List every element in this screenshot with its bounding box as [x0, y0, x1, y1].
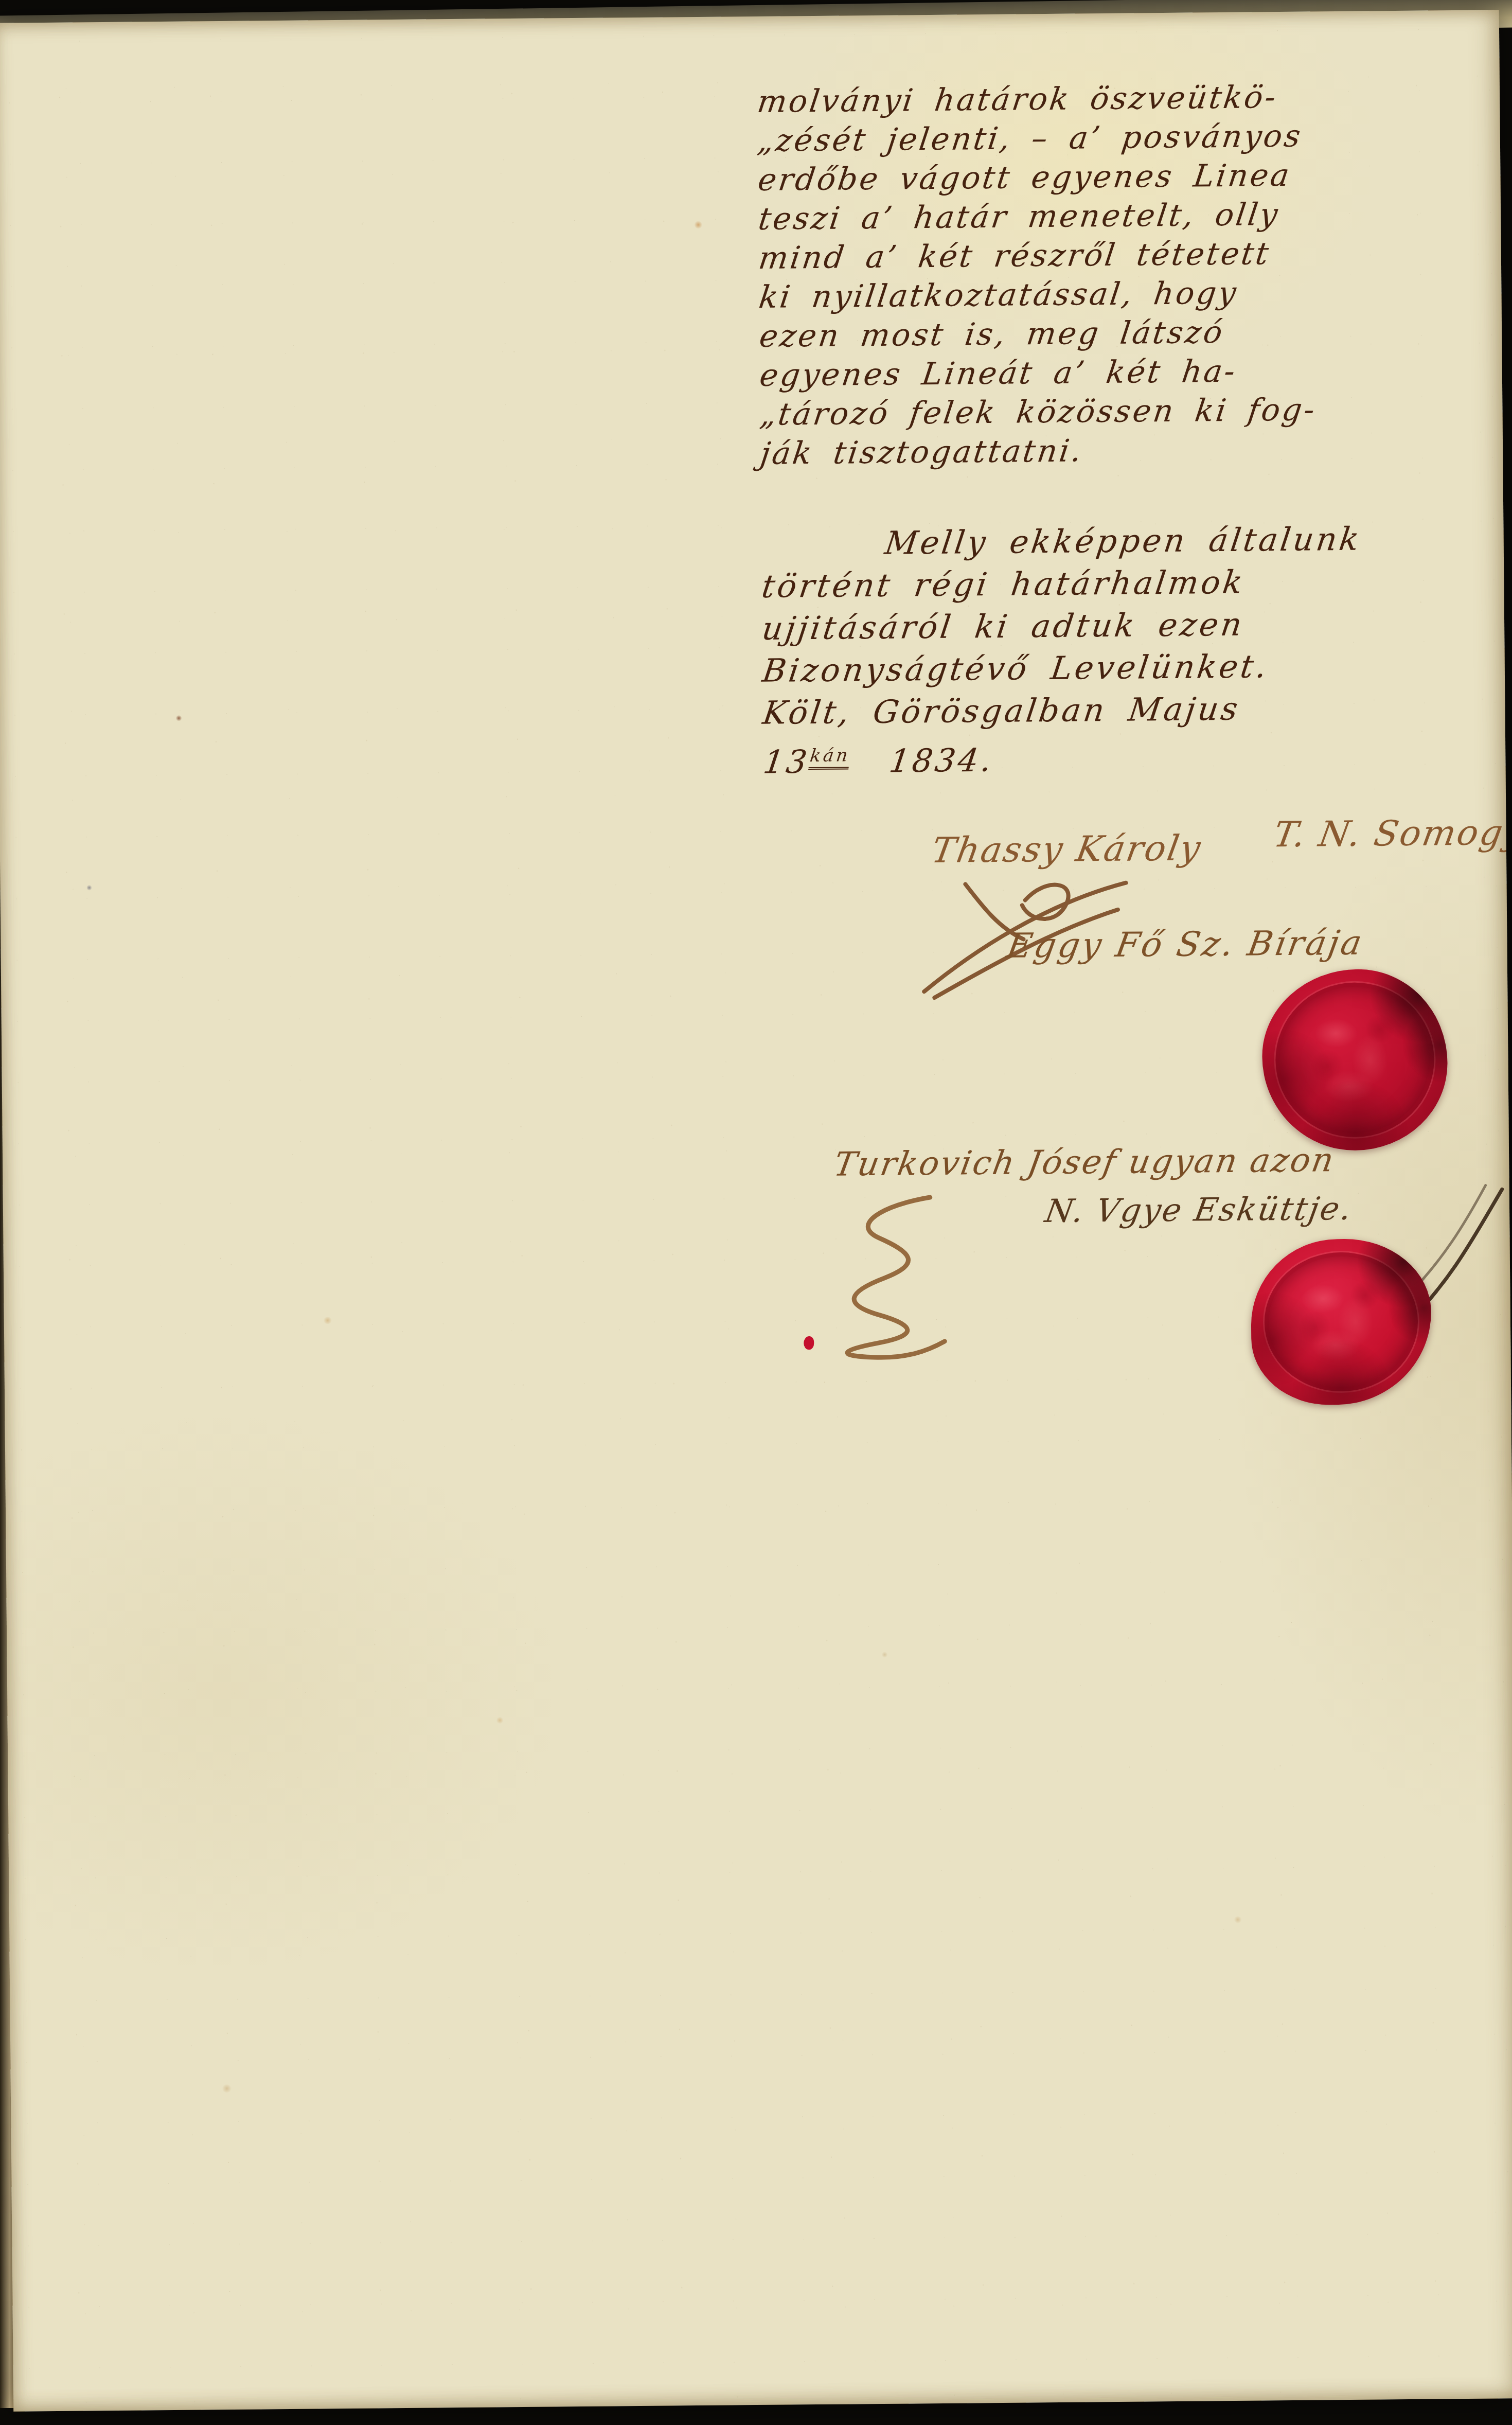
manuscript-line: molványi határok öszveütkö-: [755, 77, 1317, 121]
signature-2-paraph: [801, 1187, 962, 1361]
manuscript-line: ezen most is, meg látszó: [757, 312, 1319, 356]
manuscript-line: mind a’ két részről tétetett: [756, 234, 1318, 278]
wax-seal-lower: [1251, 1238, 1432, 1406]
wax-droplet: [804, 1336, 814, 1350]
signature-1-county: T. N. Somogy: [1271, 812, 1512, 855]
seal-coat-of-arms-emboss: [1280, 1268, 1402, 1375]
manuscript-line: egyenes Lineát a’ két ha-: [757, 351, 1319, 395]
seal-ring: [1264, 1252, 1418, 1392]
manuscript-line: történt régi határhalmok: [759, 560, 1364, 608]
wax-seal-upper: [1261, 968, 1448, 1151]
seal-ring: [1275, 982, 1435, 1138]
signature-1-title: Eggy Fő Sz. Bírája: [1004, 923, 1367, 966]
manuscript-line: teszi a’ határ menetelt, olly: [756, 194, 1318, 239]
document-page: molványi határok öszveütkö- „zését jelen…: [0, 10, 1512, 2411]
manuscript-line: Bizonyságtévő Levelünket.: [760, 645, 1365, 692]
signature-2-title: N. Vgye Esküttje.: [1042, 1190, 1356, 1230]
manuscript-line: ják tisztogattatni.: [758, 429, 1319, 473]
manuscript-line: ujjitásáról ki adtuk ezen: [759, 603, 1364, 650]
signature-1-name: Thassy Károly: [929, 828, 1205, 871]
signature-2-name: Turkovich Jósef ugyan azon: [831, 1141, 1338, 1184]
foxing-spot: [86, 884, 92, 891]
manuscript-line: ki nyillatkoztatással, hogy: [757, 273, 1318, 317]
foxing-spot: [1234, 1916, 1242, 1923]
manuscript-line: erdőbe vágott egyenes Linea: [756, 155, 1317, 200]
date-day: 13: [761, 743, 812, 781]
manuscript-line: Költ, Görösgalban Majus: [760, 687, 1365, 734]
date-year: 1834.: [887, 741, 996, 780]
date-suffix: kán: [808, 745, 851, 770]
handwritten-paragraph-1: molványi határok öszveütkö- „zését jelen…: [755, 78, 1314, 473]
foxing-spot: [176, 715, 182, 721]
foxing-spot: [496, 1716, 504, 1724]
foxing-spot: [694, 221, 702, 229]
foxing-spot: [323, 1317, 332, 1324]
seal-coat-of-arms-emboss: [1291, 999, 1418, 1121]
manuscript-line: „zését jelenti, – a’ posványos: [755, 116, 1317, 161]
date-line: 13kán1834.: [761, 730, 1367, 784]
manuscript-line: „tározó felek közössen ki fog-: [758, 390, 1319, 434]
foxing-spot: [881, 1652, 887, 1658]
scan-backing: molványi határok öszveütkö- „zését jelen…: [0, 0, 1512, 2425]
foxing-spot: [222, 2084, 232, 2093]
handwritten-paragraph-2: Melly ekképpen általunk történt régi hat…: [758, 518, 1360, 784]
manuscript-line: Melly ekképpen általunk: [759, 518, 1364, 565]
